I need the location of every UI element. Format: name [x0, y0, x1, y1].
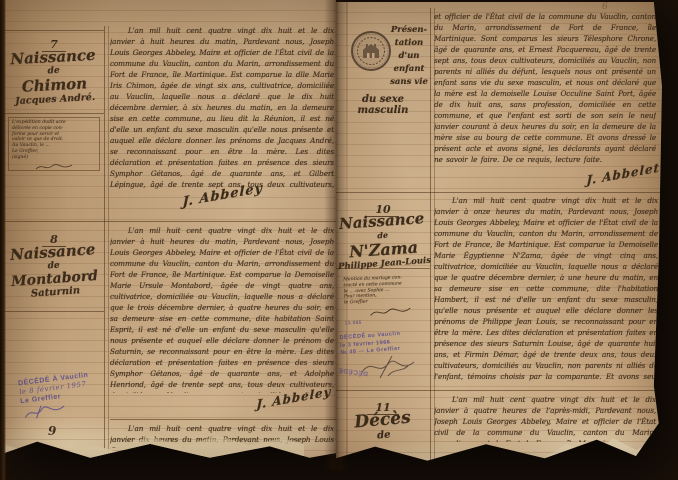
presentation-title-line: sans vie — [388, 76, 430, 89]
binding-left-edge — [0, 0, 6, 480]
act10-body: L'an mil huit cent quatre vingt dix huit… — [434, 195, 658, 382]
page-left: 7 Naissance de Chimon Jacques André. L'e… — [4, 0, 336, 460]
act8-title: Naissance de Montabord Saturnin — [2, 240, 106, 302]
act9-number: 9 — [48, 424, 56, 438]
presentation-title-line: Présen- — [388, 24, 430, 37]
margin-top-rule — [4, 30, 104, 31]
act-separator-rule — [110, 419, 336, 420]
presentation-title-line: tation — [388, 37, 430, 50]
register-scan: 7 Naissance de Chimon Jacques André. L'e… — [0, 0, 678, 480]
act9-body-start: L'an mil huit cent quatre vingt dix huit… — [110, 423, 334, 448]
act8-title-underline-rule — [4, 311, 104, 312]
presentation-title: Présen- tation d'un enfant sans vie — [388, 24, 430, 89]
act7-marginal-note: L'expédition dudit acte délivrée en copi… — [8, 117, 100, 171]
presentation-title-wide: du sexe masculin — [336, 94, 430, 116]
presentation-title-line: enfant — [388, 63, 430, 76]
act7-body: L'an mil huit cent quatre vingt dix huit… — [110, 25, 334, 190]
presentation-body: et officier de l'État civil de la commun… — [434, 11, 656, 171]
act10-title: Naissance de N'Zama Philippe Jean-Louis — [334, 209, 432, 272]
presentation-title-line: d'un — [388, 50, 430, 63]
embossed-seal-icon — [350, 30, 392, 72]
act10-marginal-note: Mention du mariage con- tracté en cette … — [343, 275, 427, 327]
act7-title: Naissance de Chimon Jacques André. — [3, 45, 106, 107]
act-separator-rule — [336, 390, 662, 391]
act-separator-rule — [4, 221, 336, 222]
signature-flourish-icon — [34, 161, 74, 173]
act8-body: L'an mil huit cent quatre vingt dix huit… — [110, 225, 334, 393]
act11-body-start: L'an mil huit cent quatre vingt dix huit… — [434, 394, 656, 442]
act-separator-rule — [336, 192, 662, 193]
act7-title-underline-rule — [4, 113, 104, 114]
page-right: 6 3 Présen- tation d'un enfant sans vie … — [336, 2, 662, 470]
act10-title-underline-rule — [336, 268, 430, 269]
